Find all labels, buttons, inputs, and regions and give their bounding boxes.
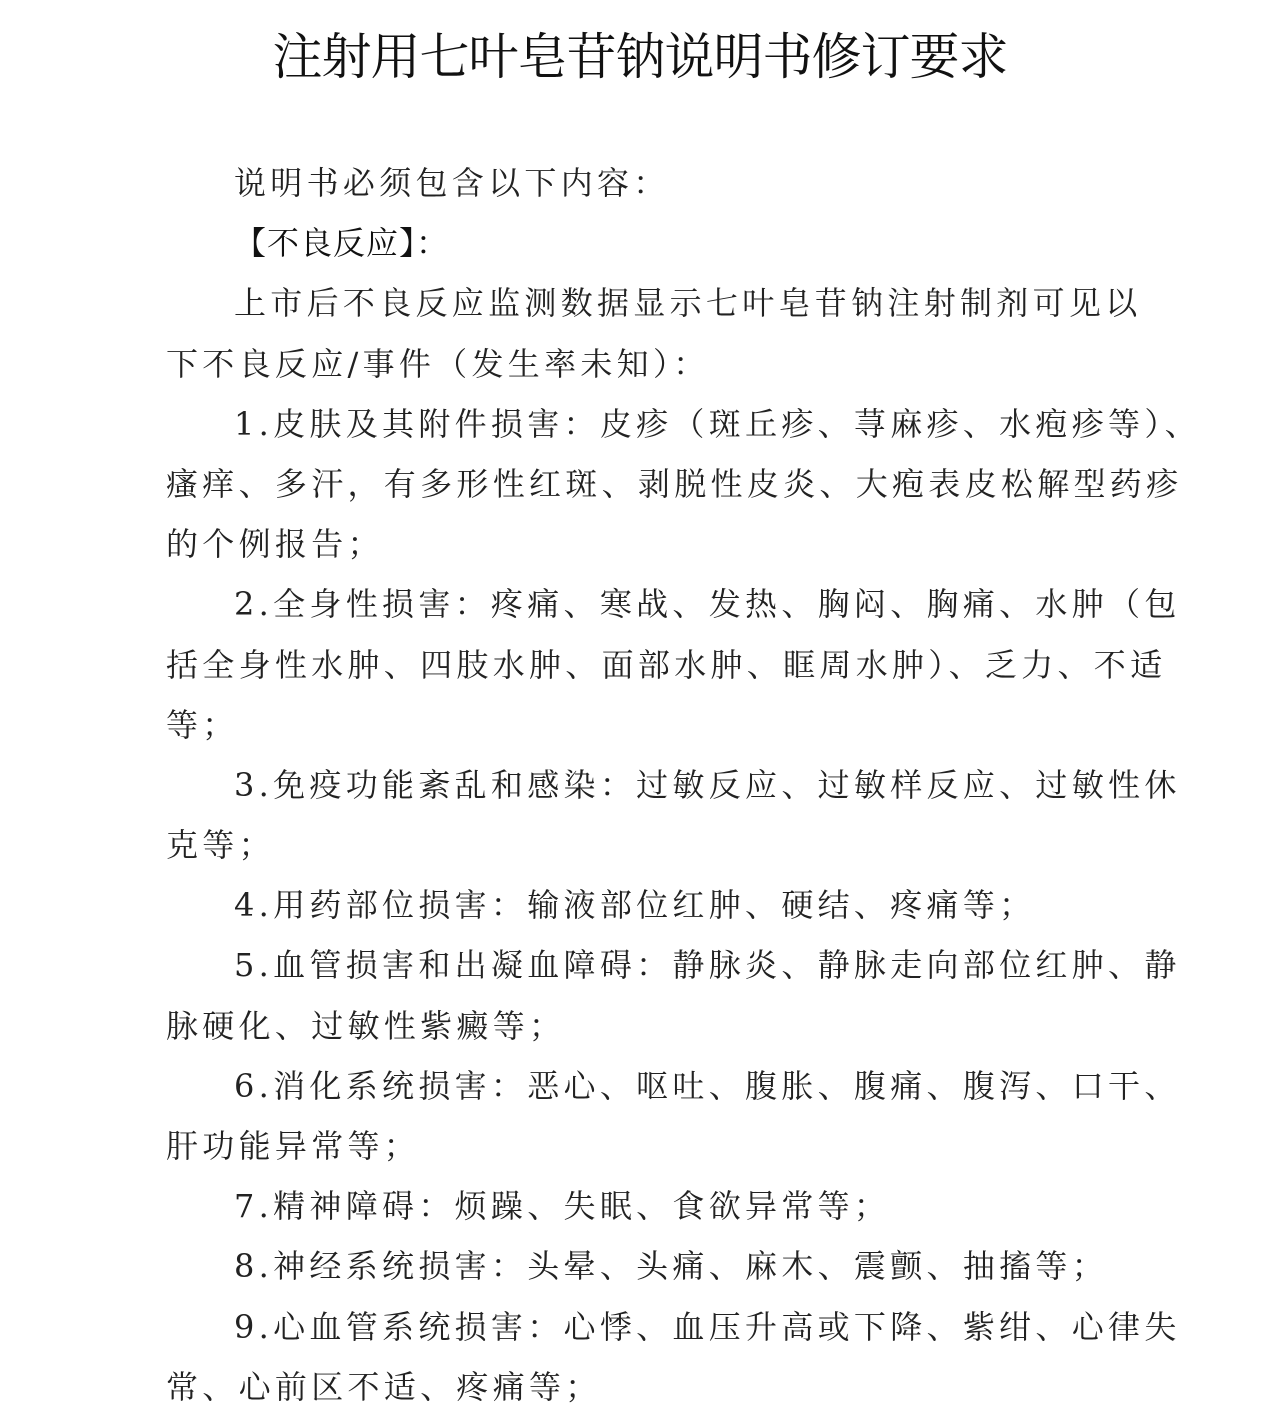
list-item-3: 3.免疫功能紊乱和感染：过敏反应、过敏样反应、过敏性休 克等；	[166, 755, 1116, 875]
list-item-2: 2.全身性损害：疼痛、寒战、发热、胸闷、胸痛、水肿（包 括全身性水肿、四肢水肿、…	[166, 574, 1116, 755]
paragraph-line: 6.消化系统损害：恶心、呕吐、腹胀、腹痛、腹泻、口干、	[166, 1056, 1116, 1116]
document-body: 说明书必须包含以下内容： 【不良反应】： 上市后不良反应监测数据显示七叶皂苷钠注…	[166, 153, 1116, 1417]
paragraph-line: 4.用药部位损害：输液部位红肿、硬结、疼痛等；	[166, 875, 1116, 935]
paragraph-line: 5.血管损害和出凝血障碍：静脉炎、静脉走向部位红肿、静	[166, 935, 1116, 995]
paragraph-line: 常、心前区不适、疼痛等；	[166, 1357, 1116, 1417]
list-item-7: 7.精神障碍：烦躁、失眠、食欲异常等；	[166, 1176, 1116, 1236]
list-item-6: 6.消化系统损害：恶心、呕吐、腹胀、腹痛、腹泻、口干、 肝功能异常等；	[166, 1056, 1116, 1176]
paragraph-line: 8.神经系统损害：头晕、头痛、麻木、震颤、抽搐等；	[166, 1236, 1116, 1296]
list-item-4: 4.用药部位损害：输液部位红肿、硬结、疼痛等；	[166, 875, 1116, 935]
paragraph-line: 等；	[166, 695, 1116, 755]
paragraph-line: 括全身性水肿、四肢水肿、面部水肿、眶周水肿）、乏力、不适	[166, 635, 1116, 695]
paragraph-line: 瘙痒、多汗，有多形性红斑、剥脱性皮炎、大疱表皮松解型药疹	[166, 454, 1116, 514]
paragraph-line: 9.心血管系统损害：心悸、血压升高或下降、紫绀、心律失	[166, 1297, 1116, 1357]
paragraph-line: 7.精神障碍：烦躁、失眠、食欲异常等；	[166, 1176, 1116, 1236]
paragraph-line: 3.免疫功能紊乱和感染：过敏反应、过敏样反应、过敏性休	[166, 755, 1116, 815]
document-title: 注射用七叶皂苷钠说明书修订要求	[0, 22, 1280, 92]
lead-paragraph: 上市后不良反应监测数据显示七叶皂苷钠注射制剂可见以 下不良反应/事件（发生率未知…	[166, 273, 1116, 393]
paragraph-line: 下不良反应/事件（发生率未知）：	[166, 334, 1116, 394]
paragraph-line: 的个例报告；	[166, 514, 1116, 574]
intro-text: 说明书必须包含以下内容：	[166, 153, 1116, 213]
list-item-5: 5.血管损害和出凝血障碍：静脉炎、静脉走向部位红肿、静 脉硬化、过敏性紫癜等；	[166, 935, 1116, 1055]
paragraph-line: 脉硬化、过敏性紫癜等；	[166, 996, 1116, 1056]
list-item-9: 9.心血管系统损害：心悸、血压升高或下降、紫绀、心律失 常、心前区不适、疼痛等；	[166, 1297, 1116, 1417]
paragraph-line: 2.全身性损害：疼痛、寒战、发热、胸闷、胸痛、水肿（包	[166, 574, 1116, 634]
paragraph-line: 克等；	[166, 815, 1116, 875]
paragraph-line: 上市后不良反应监测数据显示七叶皂苷钠注射制剂可见以	[166, 273, 1116, 333]
list-item-8: 8.神经系统损害：头晕、头痛、麻木、震颤、抽搐等；	[166, 1236, 1116, 1296]
paragraph-line: 1.皮肤及其附件损害：皮疹（斑丘疹、荨麻疹、水疱疹等）、	[166, 394, 1116, 454]
section-heading-adverse-reactions: 【不良反应】：	[166, 213, 1116, 273]
list-item-1: 1.皮肤及其附件损害：皮疹（斑丘疹、荨麻疹、水疱疹等）、 瘙痒、多汗，有多形性红…	[166, 394, 1116, 575]
paragraph-line: 肝功能异常等；	[166, 1116, 1116, 1176]
